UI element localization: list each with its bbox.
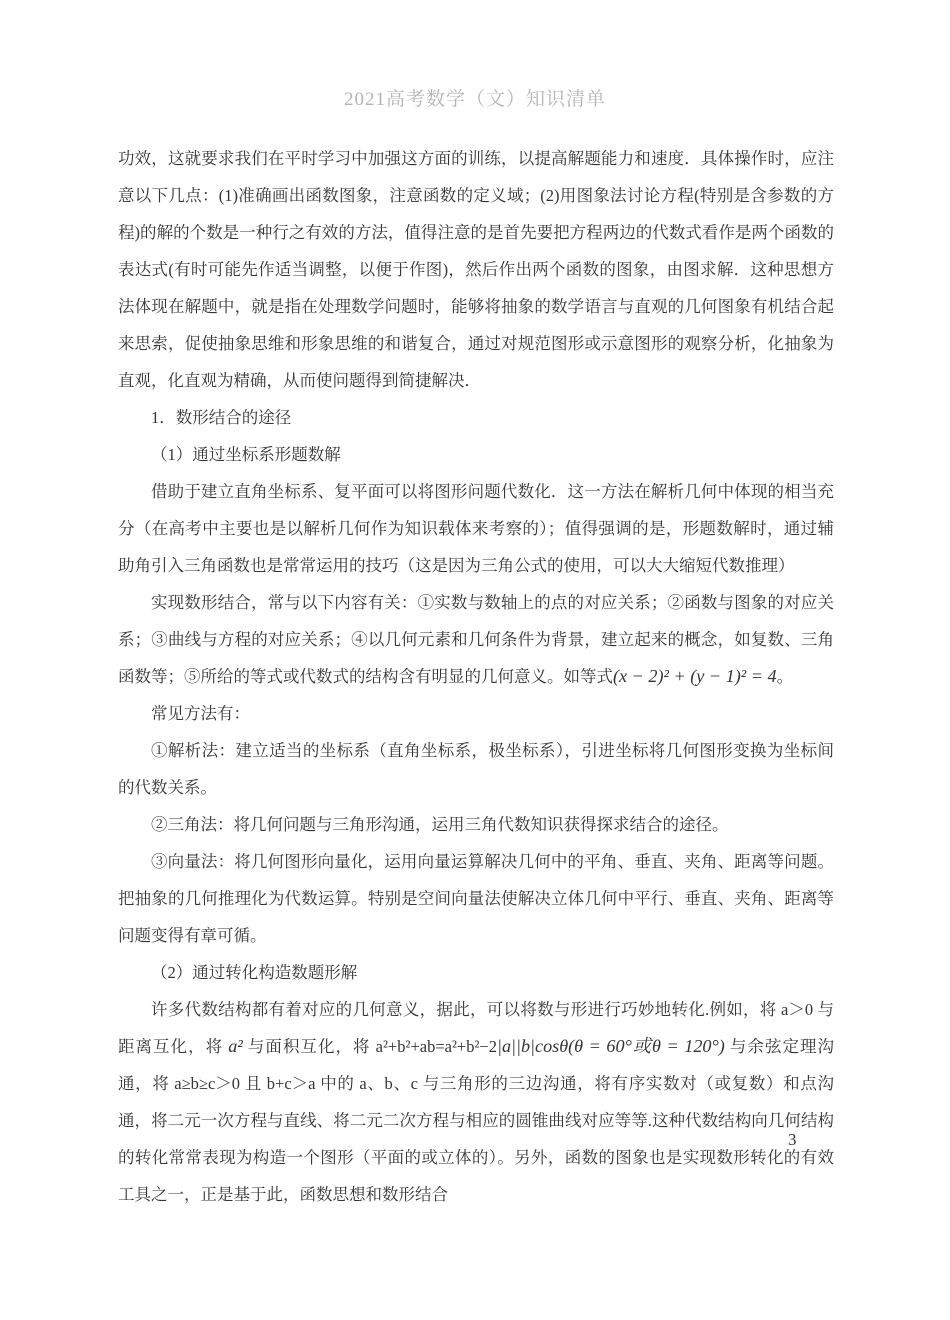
section-heading: 1．数形结合的途径 (118, 399, 834, 436)
text-run: 与面积互化，将 a²+b²+ab=a²+b²−2 (243, 1037, 497, 1056)
text-run: 。 (777, 667, 794, 686)
section-heading: （2）通过转化构造数题形解 (118, 954, 834, 991)
text-run: （2）通过转化构造数题形解 (151, 963, 357, 982)
text-run: 功效，这就要求我们在平时学习中加强这方面的训练，以提高解题能力和速度．具体操作时… (118, 149, 834, 390)
math-formula: a² (228, 1036, 243, 1056)
section-heading: （1）通过坐标系形题数解 (118, 436, 834, 473)
page-number: 3 (788, 1130, 797, 1150)
text-run: ③向量法：将几何图形向量化，运用向量运算解决几何中的平角、垂直、夹角、距离等问题… (118, 852, 834, 945)
text-run: （1）通过坐标系形题数解 (151, 445, 341, 464)
paragraph: ①解析法：建立适当的坐标系（直角坐标系，极坐标系），引进坐标将几何图形变换为坐标… (118, 732, 834, 806)
paragraph: ③向量法：将几何图形向量化，运用向量运算解决几何中的平角、垂直、夹角、距离等问题… (118, 843, 834, 954)
math-formula: |a||b|cosθ(θ = 60°或θ = 120°) (497, 1036, 725, 1056)
text-run: ②三角法：将几何问题与三角形沟通，运用三角代数知识获得探求结合的途径。 (151, 815, 729, 834)
paragraph: 功效，这就要求我们在平时学习中加强这方面的训练，以提高解题能力和速度．具体操作时… (118, 140, 834, 399)
paragraph: 实现数形结合，常与以下内容有关：①实数与数轴上的点的对应关系；②函数与图象的对应… (118, 584, 834, 695)
text-run: 借助于建立直角坐标系、复平面可以将图形问题代数化．这一方法在解析几何中体现的相当… (118, 482, 834, 575)
paragraph: 借助于建立直角坐标系、复平面可以将图形问题代数化．这一方法在解析几何中体现的相当… (118, 473, 834, 584)
text-run: ①解析法：建立适当的坐标系（直角坐标系，极坐标系），引进坐标将几何图形变换为坐标… (118, 741, 834, 797)
text-run: 与余弦定理沟通，将 a≥b≥c＞0 且 b+c＞a 中的 a、b、c 与三角形的… (118, 1037, 834, 1204)
paragraph: 许多代数结构都有着对应的几何意义，据此，可以将数与形进行巧妙地转化.例如，将 a… (118, 991, 834, 1213)
section-heading: 常见方法有： (118, 695, 834, 732)
document-body: 功效，这就要求我们在平时学习中加强这方面的训练，以提高解题能力和速度．具体操作时… (118, 140, 834, 1213)
text-run: 1．数形结合的途径 (151, 408, 291, 427)
text-run: 常见方法有： (151, 704, 250, 723)
document-header-title: 2021高考数学（文）知识清单 (0, 84, 950, 111)
document-page: 2021高考数学（文）知识清单 功效，这就要求我们在平时学习中加强这方面的训练，… (0, 0, 950, 1320)
paragraph: ②三角法：将几何问题与三角形沟通，运用三角代数知识获得探求结合的途径。 (118, 806, 834, 843)
math-formula: (x − 2)² + (y − 1)² = 4 (613, 666, 777, 686)
